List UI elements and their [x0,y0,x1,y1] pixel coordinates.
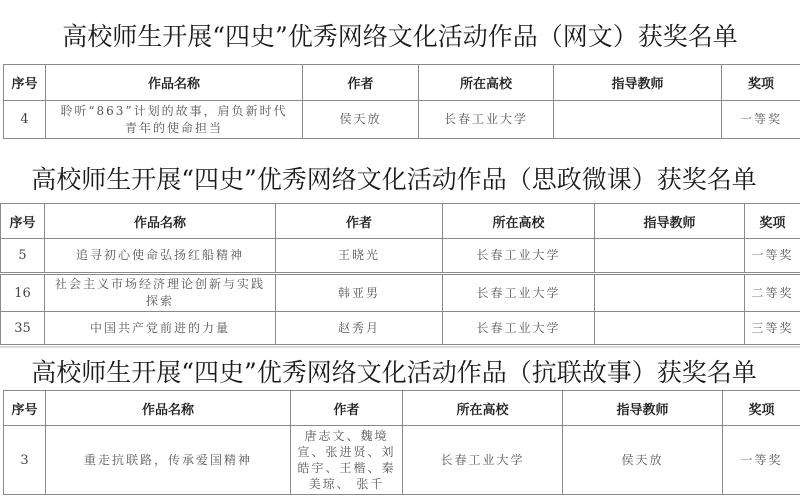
header-work-name: 作品名称 [46,65,303,101]
header-work-name: 作品名称 [45,204,276,239]
cell-author: 王晓光 [276,239,443,274]
cell-work-name: 聆听“863”计划的故事，肩负新时代青年的使命担当 [46,101,303,139]
section-title-kanglian: 高校师生开展“四史”优秀网络文化活动作品（抗联故事）获奖名单 [0,358,794,388]
table-bottom-divider [0,346,800,348]
cell-school: 长春工业大学 [443,312,595,345]
cell-advisor [595,312,745,345]
table-row: 16 社会主义市场经济理论创新与实践探索 韩亚男 长春工业大学 二等奖 [1,274,800,312]
header-school: 所在高校 [403,391,563,426]
cell-seq: 35 [1,312,45,345]
header-seq: 序号 [4,65,46,101]
header-author: 作者 [291,391,403,426]
table-row: 4 聆听“863”计划的故事，肩负新时代青年的使命担当 侯天放 长春工业大学 一… [4,101,800,139]
header-advisor: 指导教师 [595,204,745,239]
header-author: 作者 [303,65,419,101]
cell-advisor [595,239,745,274]
cell-work-name: 社会主义市场经济理论创新与实践探索 [45,274,276,312]
cell-advisor: 侯天放 [563,426,723,495]
table-row: 5 追寻初心使命弘扬红船精神 王晓光 长春工业大学 一等奖 [1,239,800,274]
cell-award: 一等奖 [722,101,800,139]
award-table-wangwen: 序号 作品名称 作者 所在高校 指导教师 奖项 4 聆听“863”计划的故事，肩… [3,64,800,139]
cell-work-name: 追寻初心使命弘扬红船精神 [45,239,276,274]
table-header-row: 序号 作品名称 作者 所在高校 指导教师 奖项 [4,391,800,426]
table-row: 35 中国共产党前进的力量 赵秀月 长春工业大学 三等奖 [1,312,800,345]
cell-award: 一等奖 [723,426,800,495]
table-header-row: 序号 作品名称 作者 所在高校 指导教师 奖项 [4,65,800,101]
cell-school: 长春工业大学 [419,101,554,139]
cell-author: 侯天放 [303,101,419,139]
cell-work-name: 中国共产党前进的力量 [45,312,276,345]
header-advisor: 指导教师 [563,391,723,426]
header-award: 奖项 [723,391,800,426]
cell-work-name: 重走抗联路，传承爱国精神 [46,426,291,495]
header-author: 作者 [276,204,443,239]
cell-seq: 16 [1,274,45,312]
cell-seq: 4 [4,101,46,139]
table-row: 3 重走抗联路，传承爱国精神 唐志文、魏境宣、张进贤、刘皓宇、王楷、秦美琼、 张… [4,426,800,495]
cell-author: 唐志文、魏境宣、张进贤、刘皓宇、王楷、秦美琼、 张千 [291,426,403,495]
header-school: 所在高校 [443,204,595,239]
award-table-kanglian: 序号 作品名称 作者 所在高校 指导教师 奖项 3 重走抗联路，传承爱国精神 唐… [3,390,800,495]
header-advisor: 指导教师 [554,65,722,101]
cell-seq: 5 [1,239,45,274]
award-table-sizheng: 序号 作品名称 作者 所在高校 指导教师 奖项 5 追寻初心使命弘扬红船精神 王… [0,203,800,345]
cell-author: 赵秀月 [276,312,443,345]
header-seq: 序号 [4,391,46,426]
cell-advisor [554,101,722,139]
cell-school: 长春工业大学 [443,239,595,274]
cell-award: 二等奖 [745,274,800,312]
header-work-name: 作品名称 [46,391,291,426]
section-title-wangwen: 高校师生开展“四史”优秀网络文化活动作品（网文）获奖名单 [0,22,800,52]
cell-award: 一等奖 [745,239,800,274]
header-award: 奖项 [745,204,800,239]
section-title-sizheng: 高校师生开展“四史”优秀网络文化活动作品（思政微课）获奖名单 [0,165,794,195]
table-header-row: 序号 作品名称 作者 所在高校 指导教师 奖项 [1,204,800,239]
header-school: 所在高校 [419,65,554,101]
cell-award: 三等奖 [745,312,800,345]
cell-school: 长春工业大学 [403,426,563,495]
cell-school: 长春工业大学 [443,274,595,312]
cell-author: 韩亚男 [276,274,443,312]
cell-advisor [595,274,745,312]
header-award: 奖项 [722,65,800,101]
header-seq: 序号 [1,204,45,239]
cell-seq: 3 [4,426,46,495]
